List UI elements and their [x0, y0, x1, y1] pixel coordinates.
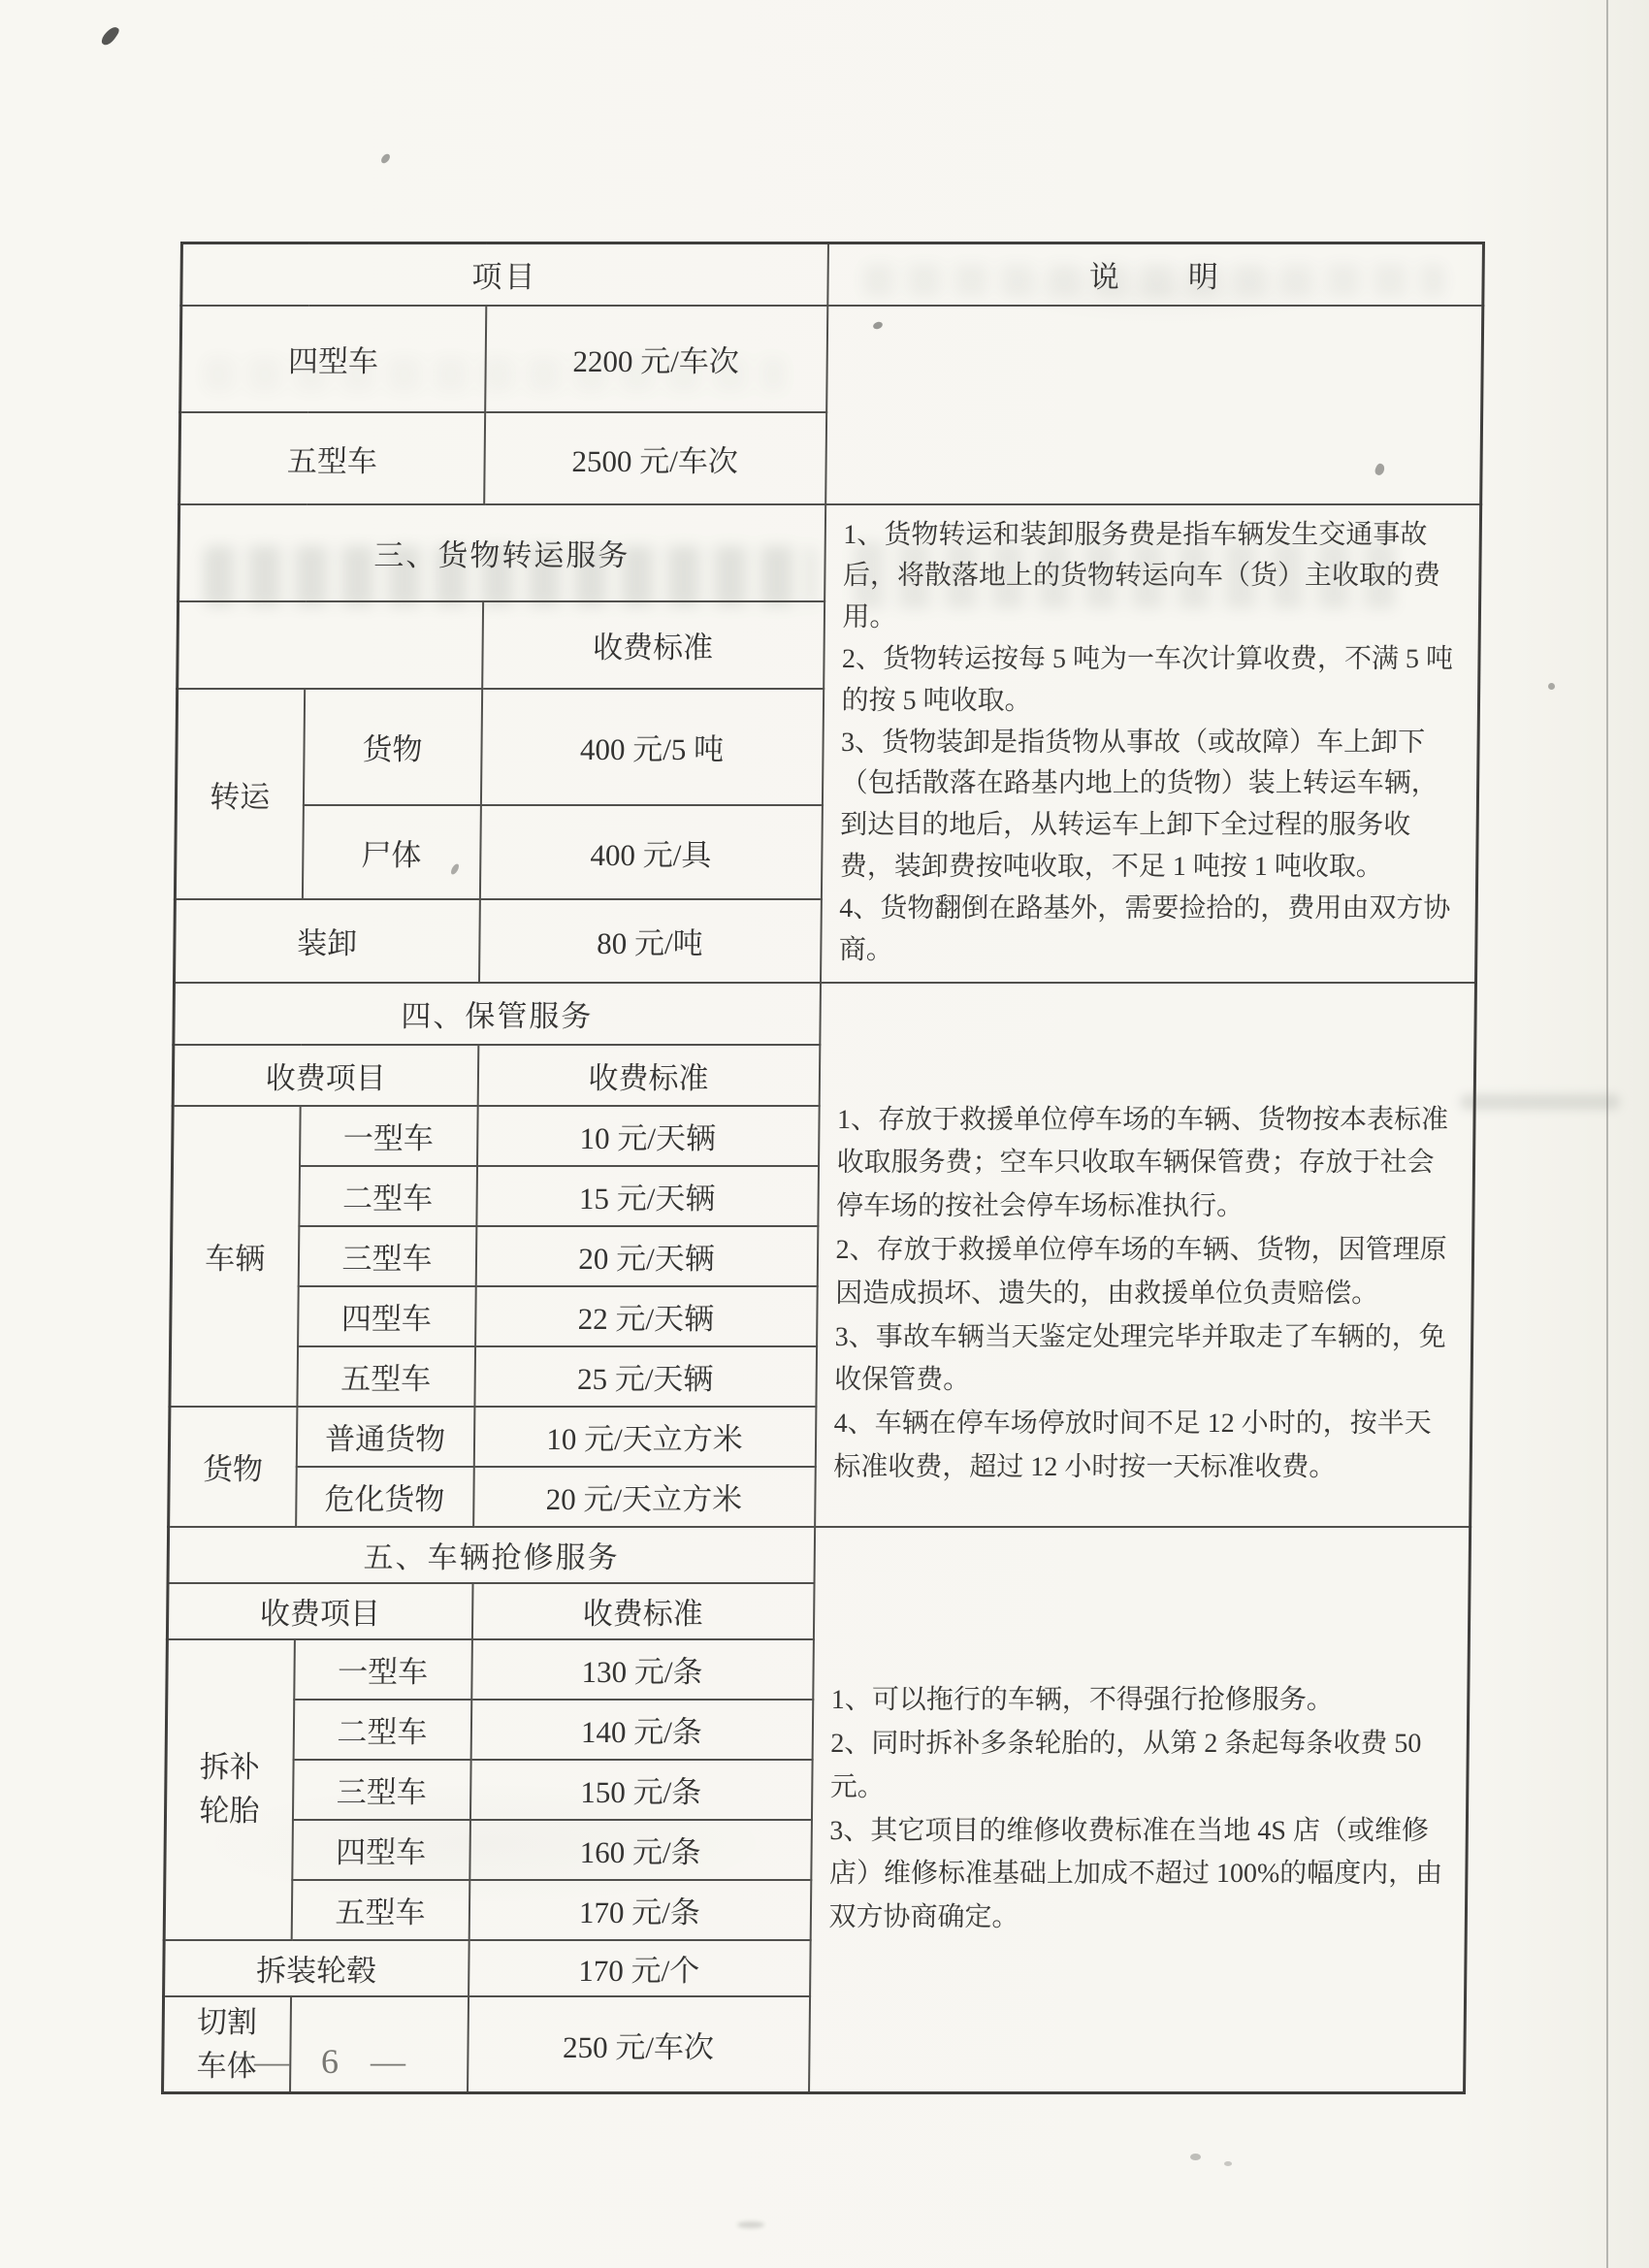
fee-value-cell: 20 元/天辆: [475, 1226, 818, 1286]
fee-label-cell: 一型车: [300, 1106, 478, 1166]
page-edge-line: [1606, 0, 1608, 2268]
section3-title-cell: 三、货物转运服务: [178, 504, 825, 601]
fee-table: 项目 说 明 四型车 2200 元/车次 五型车 2500 元/车次 三、货物转…: [161, 242, 1485, 2094]
fee-value-cell: 170 元/条: [469, 1880, 811, 1940]
note-paragraph: 3、其它项目的维修收费标准在当地 4S 店（或维修店）维修标准基础上加成不超过 …: [828, 1810, 1448, 1940]
fee-label-cell: 四型车: [180, 306, 486, 412]
note-paragraph: 1、可以拖行的车辆，不得强行抢修服务。: [831, 1679, 1450, 1723]
fee-label-cell: 四型车: [298, 1286, 476, 1346]
tire-group-cell: 拆补 轮胎: [164, 1639, 294, 1940]
fee-value-cell: 130 元/条: [471, 1639, 814, 1700]
section4-notes: 1、存放于救援单位停车场的车辆、货物按本表标准收取服务费；空车只收取车辆保管费；…: [820, 1014, 1471, 1496]
note-paragraph: 2、同时拆补多条轮胎的，从第 2 条起每条收费 50 元。: [830, 1723, 1449, 1810]
note-paragraph: 3、事故车辆当天鉴定处理完毕并取走了车辆的，免收保管费。: [834, 1316, 1453, 1404]
fee-value-cell: 170 元/个: [469, 1940, 811, 1996]
fee-value-cell: 160 元/条: [469, 1820, 812, 1880]
table-row: 三、货物转运服务 1、货物转运和装卸服务费是指车辆发生交通事故后，将散落地上的货…: [178, 504, 1481, 601]
description-header-cell: 说 明: [827, 243, 1484, 306]
fee-label-cell: 五型车: [297, 1346, 475, 1407]
fee-value-cell: 80 元/吨: [479, 899, 822, 983]
fee-value-cell: 2200 元/车次: [485, 306, 827, 412]
transfer-group-cell: 转运: [175, 689, 304, 899]
section4-title-cell: 四、保管服务: [174, 983, 821, 1045]
empty-description-cell: [825, 306, 1483, 504]
cargo-group-cell: 货物: [169, 1407, 297, 1527]
fee-value-cell: 400 元/具: [479, 805, 822, 899]
vehicle-group-cell: 车辆: [170, 1106, 300, 1407]
section4-notes-cell: 1、存放于救援单位停车场的车辆、货物按本表标准收取服务费；空车只收取车辆保管费；…: [815, 983, 1476, 1527]
fee-value-cell: 2500 元/车次: [484, 412, 826, 504]
note-paragraph: 3、货物装卸是指货物从事故（或故障）车上卸下（包括散落在路基内地上的货物）装上转…: [840, 723, 1460, 889]
fee-value-cell: 15 元/天辆: [476, 1166, 819, 1226]
section5-notes: 1、可以拖行的车辆，不得强行抢修服务。 2、同时拆补多条轮胎的，从第 2 条起每…: [815, 1673, 1463, 1946]
ink-speck: [1190, 2154, 1201, 2160]
fee-label-cell: 三型车: [292, 1760, 470, 1820]
table-row: 五、车辆抢修服务 1、可以拖行的车辆，不得强行抢修服务。 2、同时拆补多条轮胎的…: [168, 1527, 1471, 1583]
fee-value-cell: 140 元/条: [470, 1700, 813, 1760]
fee-value-cell: 22 元/天辆: [475, 1286, 818, 1346]
note-paragraph: 1、存放于救援单位停车场的车辆、货物按本表标准收取服务费；空车只收取车辆保管费；…: [836, 1099, 1456, 1229]
ink-speck: [100, 24, 121, 48]
section5-title-cell: 五、车辆抢修服务: [168, 1527, 815, 1583]
fee-label-cell: 普通货物: [296, 1407, 474, 1467]
fee-label-cell: 五型车: [179, 412, 485, 504]
fee-value-cell: 10 元/天立方米: [473, 1407, 816, 1467]
ink-speck: [379, 152, 391, 165]
fee-value-cell: 10 元/天辆: [477, 1106, 820, 1166]
fee-label-cell: 一型车: [294, 1639, 472, 1700]
section5-notes-cell: 1、可以拖行的车辆，不得强行抢修服务。 2、同时拆补多条轮胎的，从第 2 条起每…: [809, 1527, 1471, 2093]
fee-label-cell: 五型车: [291, 1880, 469, 1940]
fee-value-cell: 25 元/天辆: [474, 1346, 817, 1407]
fee-label-cell: 拆装轮毂: [164, 1940, 469, 1996]
fee-label-cell: 尸体: [302, 805, 480, 899]
ink-speck: [1548, 683, 1555, 690]
fee-label-cell: 三型车: [298, 1226, 476, 1286]
section3-notes: 1、货物转运和装卸服务费是指车辆发生交通事故后，将散落地上的货物转运向车（货）主…: [825, 509, 1476, 978]
scan-streak: [1460, 1094, 1620, 1110]
table-row: 四、保管服务 1、存放于救援单位停车场的车辆、货物按本表标准收取服务费；空车只收…: [174, 983, 1476, 1045]
ink-speck: [737, 2221, 764, 2228]
standard-header-cell: 收费标准: [482, 601, 824, 689]
fee-value-cell: 250 元/车次: [468, 1996, 810, 2093]
fee-value-cell: 150 元/条: [469, 1760, 812, 1820]
section3-notes-cell: 1、货物转运和装卸服务费是指车辆发生交通事故后，将散落地上的货物转运向车（货）主…: [821, 504, 1481, 983]
note-paragraph: 4、车辆在停车场停放时间不足 12 小时的，按半天标准收费，超过 12 小时按一…: [833, 1403, 1452, 1490]
fee-label-cell: 装卸: [175, 899, 480, 983]
ink-speck: [1224, 2161, 1232, 2166]
fee-label-cell: 危化货物: [296, 1467, 474, 1527]
scanned-page: 项目 说 明 四型车 2200 元/车次 五型车 2500 元/车次 三、货物转…: [0, 0, 1649, 2268]
fee-table-wrapper: 项目 说 明 四型车 2200 元/车次 五型车 2500 元/车次 三、货物转…: [161, 242, 1485, 2094]
fee-value-cell: 20 元/天立方米: [473, 1467, 816, 1527]
note-paragraph: 2、货物转运按每 5 吨为一车次计算收费，不满 5 吨的按 5 吨收取。: [841, 639, 1460, 723]
note-paragraph: 2、存放于救援单位停车场的车辆、货物，因管理原因造成损坏、遗失的，由救援单位负责…: [835, 1229, 1454, 1316]
fee-label-cell: 货物: [303, 689, 481, 805]
item-header-cell: 收费项目: [173, 1045, 478, 1106]
fee-value-cell: 400 元/5 吨: [480, 689, 823, 805]
items-header-cell: 项目: [181, 243, 828, 306]
item-header-cell: 收费项目: [167, 1583, 472, 1639]
fee-label-cell: 二型车: [299, 1166, 477, 1226]
table-row: 项目 说 明: [181, 243, 1484, 306]
fee-label-cell: 四型车: [292, 1820, 470, 1880]
page-number: — 6 —: [254, 2041, 417, 2082]
empty-item-cell: [178, 601, 483, 689]
standard-header-cell: 收费标准: [471, 1583, 814, 1639]
note-paragraph: 1、货物转运和装卸服务费是指车辆发生交通事故后，将散落地上的货物转运向车（货）主…: [842, 515, 1462, 639]
note-paragraph: 4、货物翻倒在路基外，需要捡拾的，费用由双方协商。: [839, 889, 1458, 972]
table-row: 四型车 2200 元/车次: [180, 306, 1483, 412]
fee-label-cell: 二型车: [293, 1700, 471, 1760]
standard-header-cell: 收费标准: [477, 1045, 820, 1106]
